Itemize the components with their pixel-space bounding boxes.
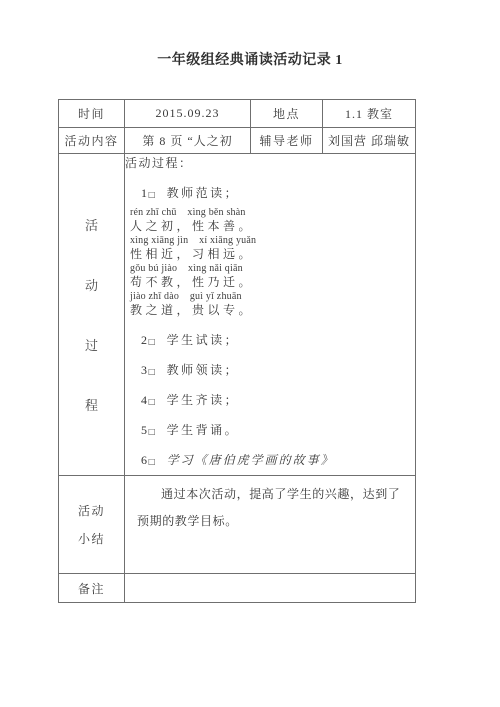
place-value: 1.1 教室 bbox=[323, 100, 416, 128]
page-title: 一年级组经典诵读活动记录 1 bbox=[0, 49, 500, 69]
process-side-label-char: 过 bbox=[85, 335, 98, 354]
checkbox-icon: □ bbox=[148, 367, 156, 376]
hanzi-line: 苟不教，性乃迁。 bbox=[130, 275, 415, 290]
poem-block: rén zhī chū xìng běn shàn人之初，性本善。xìng xi… bbox=[130, 206, 415, 318]
table-row: 活动过程 活动过程： 1□教师范读；rén zhī chū xìng běn s… bbox=[59, 154, 416, 476]
checkbox-icon: □ bbox=[148, 427, 156, 436]
hanzi-line: 教之道，贵以专。 bbox=[130, 303, 415, 318]
table-row: 活动内容 第 8 页 “人之初 辅导老师 刘国营 邱瑞敏 bbox=[59, 128, 416, 154]
step-text: 学生背诵。 bbox=[167, 423, 240, 437]
process-heading: 活动过程： bbox=[125, 154, 415, 171]
step-text: 学习《唐伯虎学画的故事》 bbox=[167, 453, 335, 467]
checkbox-icon: □ bbox=[148, 190, 156, 199]
hanzi-line: 人之初，性本善。 bbox=[130, 219, 415, 234]
checkbox-icon: □ bbox=[148, 457, 156, 466]
remark-label: 备注 bbox=[59, 574, 125, 603]
place-label: 地点 bbox=[251, 100, 323, 128]
teacher-value: 刘国营 邱瑞敏 bbox=[323, 128, 416, 154]
process-step: 2□学生试读； bbox=[141, 331, 415, 348]
time-value: 2015.09.23 bbox=[125, 100, 251, 128]
summary-text: 通过本次活动，提高了学生的兴趣，达到了预期的教学目标。 bbox=[137, 481, 403, 535]
hanzi-line: 性相近，习相远。 bbox=[130, 247, 415, 262]
step-text: 学生齐读； bbox=[167, 393, 240, 407]
teacher-label: 辅导老师 bbox=[251, 128, 323, 154]
step-text: 学生试读； bbox=[167, 333, 240, 347]
process-step: 5□学生背诵。 bbox=[141, 421, 415, 438]
process-side-label-char: 程 bbox=[85, 395, 98, 414]
step-number: 5 bbox=[141, 423, 147, 437]
table-row: 时间 2015.09.23 地点 1.1 教室 bbox=[59, 100, 416, 128]
step-number: 6 bbox=[141, 453, 147, 467]
process-side-label-char: 动 bbox=[85, 275, 98, 294]
process-side-label-char: 活 bbox=[85, 215, 98, 234]
step-number: 3 bbox=[141, 363, 147, 377]
summary-content-cell: 通过本次活动，提高了学生的兴趣，达到了预期的教学目标。 bbox=[125, 476, 416, 574]
content-label: 活动内容 bbox=[59, 128, 125, 154]
step-number: 2 bbox=[141, 333, 147, 347]
step-text: 教师领读； bbox=[167, 363, 240, 377]
activity-record-table: 时间 2015.09.23 地点 1.1 教室 活动内容 第 8 页 “人之初 … bbox=[58, 99, 416, 603]
summary-label-line2: 小结 bbox=[59, 525, 124, 553]
pinyin-line: jiào zhī dào guì yǐ zhuān bbox=[130, 290, 415, 303]
time-label: 时间 bbox=[59, 100, 125, 128]
table-row: 活动 小结 通过本次活动，提高了学生的兴趣，达到了预期的教学目标。 bbox=[59, 476, 416, 574]
remark-value-cell bbox=[125, 574, 416, 603]
process-content-cell: 活动过程： 1□教师范读；rén zhī chū xìng běn shàn人之… bbox=[125, 154, 416, 476]
process-side-label-cell: 活动过程 bbox=[59, 154, 125, 476]
step-number: 1 bbox=[141, 186, 147, 200]
process-step: 6□学习《唐伯虎学画的故事》 bbox=[141, 451, 415, 468]
process-step: 3□教师领读； bbox=[141, 361, 415, 378]
pinyin-line: rén zhī chū xìng běn shàn bbox=[130, 206, 415, 219]
checkbox-icon: □ bbox=[148, 397, 156, 406]
pinyin-line: xìng xiāng jìn xí xiāng yuǎn bbox=[130, 234, 415, 247]
process-step: 1□教师范读； bbox=[141, 184, 415, 201]
pinyin-line: gǒu bú jiào xìng nǎi qiān bbox=[130, 262, 415, 275]
table-row: 备注 bbox=[59, 574, 416, 603]
checkbox-icon: □ bbox=[148, 337, 156, 346]
summary-label-cell: 活动 小结 bbox=[59, 476, 125, 574]
step-text: 教师范读； bbox=[167, 186, 240, 200]
step-number: 4 bbox=[141, 393, 147, 407]
summary-label-line1: 活动 bbox=[59, 497, 124, 525]
process-flow: 1□教师范读；rén zhī chū xìng běn shàn人之初，性本善。… bbox=[125, 184, 415, 468]
content-value: 第 8 页 “人之初 bbox=[125, 128, 251, 154]
process-side-label: 活动过程 bbox=[59, 215, 124, 414]
process-step: 4□学生齐读； bbox=[141, 391, 415, 408]
